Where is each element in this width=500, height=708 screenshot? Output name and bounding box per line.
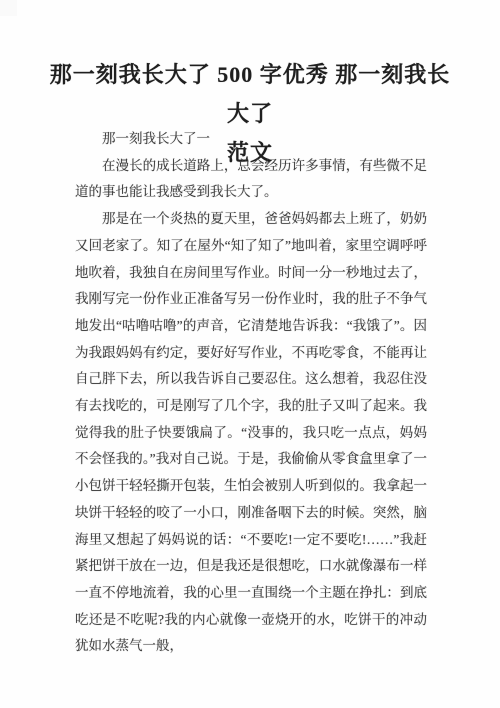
essay-body: 那一刻我长大了一 在漫长的成长道路上，总会经历许多事情，有些微不足道的事也能让我… <box>75 126 427 660</box>
essay-page: 那一刻我长大了 500 字优秀 那一刻我长大了 范文 那一刻我长大了一 在漫长的… <box>0 0 500 708</box>
scan-artifact <box>0 0 17 16</box>
essay-paragraph-intro: 在漫长的成长道路上，总会经历许多事情，有些微不足道的事也能让我感受到我长大了。 <box>75 153 427 206</box>
essay-paragraph-heading: 那一刻我长大了一 <box>75 126 427 153</box>
essay-title-line-1: 那一刻我长大了 500 字优秀 那一刻我长大了 <box>40 55 460 133</box>
essay-paragraph-story: 那是在一个炎热的夏天里，爸爸妈妈都去上班了，奶奶又回老家了。知了在屋外“知了知了… <box>75 206 427 660</box>
